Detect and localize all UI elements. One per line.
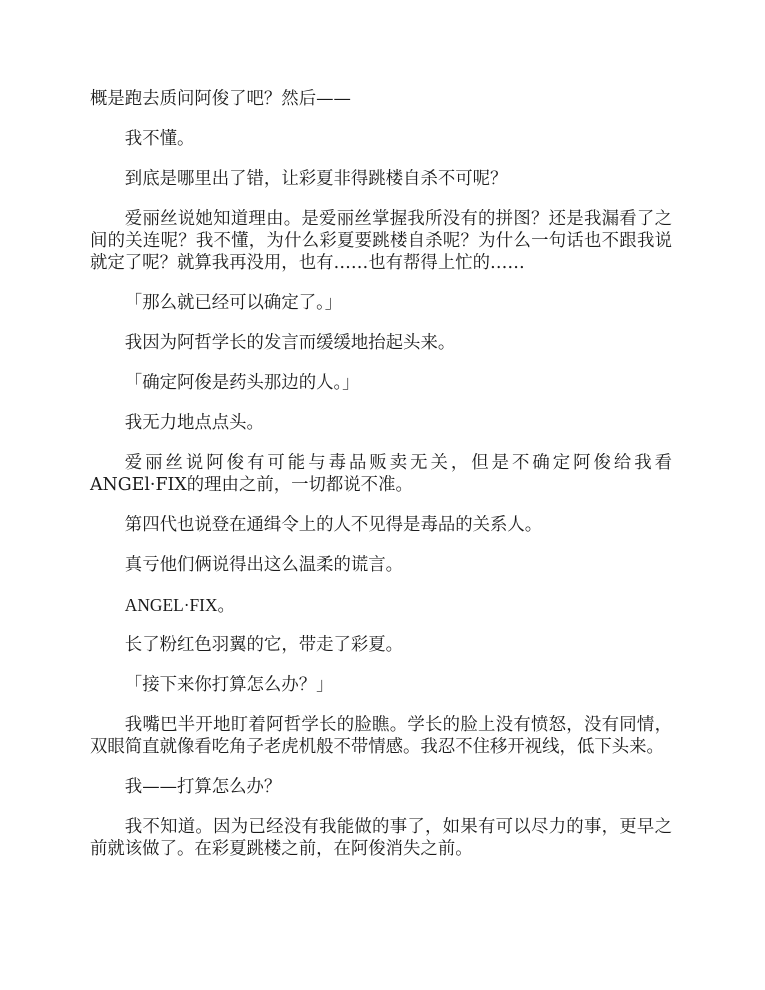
paragraph: 概是跑去质问阿俊了吧？然后——: [90, 88, 672, 110]
dialogue-paragraph: 「确定阿俊是药头那边的人。」: [90, 372, 672, 394]
paragraph: 爱丽丝说她知道理由。是爱丽丝掌握我所没有的拼图？还是我漏看了之间的关连呢？我不懂…: [90, 208, 672, 274]
paragraph: 第四代也说登在通缉令上的人不见得是毒品的关系人。: [90, 514, 672, 536]
dialogue-paragraph: 「那么就已经可以确定了。」: [90, 292, 672, 314]
paragraph: 我无力地点点头。: [90, 412, 672, 434]
paragraph: 我不懂。: [90, 128, 672, 150]
paragraph: 到底是哪里出了错，让彩夏非得跳楼自杀不可呢？: [90, 168, 672, 190]
paragraph: 我嘴巴半开地盯着阿哲学长的脸瞧。学长的脸上没有愤怒，没有同情，双眼简直就像看吃角…: [90, 714, 672, 758]
paragraph: 爱丽丝说阿俊有可能与毒品贩卖无关，但是不确定阿俊给我看ANGEl·FIX的理由之…: [90, 452, 672, 496]
document-page: 概是跑去质问阿俊了吧？然后—— 我不懂。 到底是哪里出了错，让彩夏非得跳楼自杀不…: [90, 88, 672, 878]
dialogue-paragraph: 「接下来你打算怎么办？」: [90, 674, 672, 696]
paragraph: ANGEL·FIX。: [90, 594, 672, 616]
paragraph: 我——打算怎么办？: [90, 776, 672, 798]
paragraph: 长了粉红色羽翼的它，带走了彩夏。: [90, 634, 672, 656]
paragraph: 我因为阿哲学长的发言而缓缓地抬起头来。: [90, 332, 672, 354]
paragraph: 我不知道。因为已经没有我能做的事了，如果有可以尽力的事，更早之前就该做了。在彩夏…: [90, 816, 672, 860]
paragraph: 真亏他们俩说得出这么温柔的谎言。: [90, 554, 672, 576]
